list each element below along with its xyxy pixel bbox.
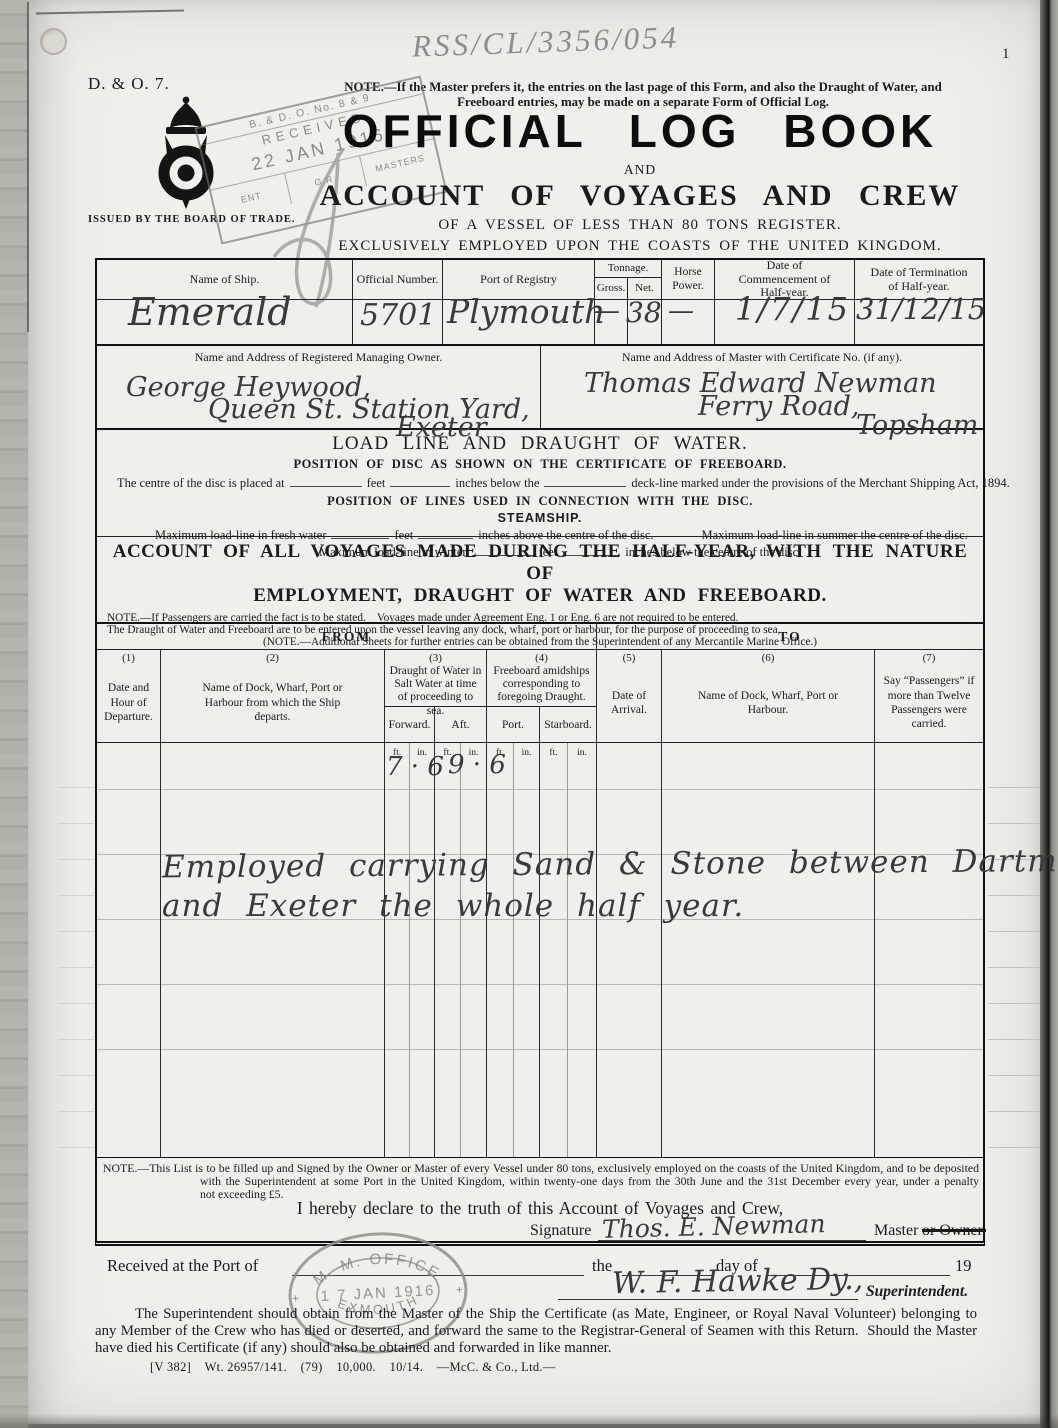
form-code: D. & O. 7. [88, 74, 170, 94]
scan-background: RSS/CL/3356/054 1 D. & O. 7. NOTE.—If th… [0, 0, 1058, 1428]
draught-aft-entry: 9 · 6 [448, 750, 506, 780]
col4-header: (4) Freeboard amidships corresponding to… [487, 650, 597, 707]
title-line4: EXCLUSIVELY EMPLOYED UPON THE COASTS OF … [200, 238, 1058, 255]
subheader-aft: Aft. [435, 707, 487, 743]
superintendent-label: Superintendent. [866, 1283, 968, 1301]
disc-text3: inches below the [455, 476, 539, 490]
col5-header: (5) Date of Arrival. [597, 650, 662, 743]
received-the-label: the [592, 1256, 612, 1276]
title-main: OFFICIAL LOG BOOK [200, 104, 1058, 158]
master-entry-line2: Ferry Road, [698, 391, 859, 422]
col4-number: (4) [487, 650, 596, 664]
col7-label: Say “Passengers” if more than Twelve Pas… [875, 674, 983, 732]
master-signature-entry: Thos. E. Newman [602, 1209, 826, 1244]
ftin-spacer [875, 743, 983, 768]
employment-note-line1: Employed carrying Sand & Stone between D… [162, 843, 1058, 886]
superintendent-note-line1: The Superintendent should obtain from th… [135, 1306, 977, 1323]
voyage-from-header: FROM [97, 624, 597, 650]
col6-number: (6) [662, 650, 874, 664]
header-official-number: Official Number. [353, 260, 443, 300]
col2-number: (2) [161, 650, 384, 664]
loadline-title: LOAD LINE AND DRAUGHT OF WATER. [97, 433, 983, 455]
loadline-sub2: POSITION OF LINES USED IN CONNECTION WIT… [97, 494, 983, 509]
signature-label: Signature [530, 1222, 591, 1240]
superintendent-note-line3: have died his Certificate (if any) shoul… [95, 1340, 612, 1357]
superintendent-note-line2: any Member of the Crew who has died or d… [95, 1323, 977, 1340]
col5-label: Date of Arrival. [597, 689, 661, 718]
voyage-to-header: TO [597, 624, 983, 650]
struck-or-owner: or Owner. [922, 1222, 986, 1240]
ship-net-entry: 38 [626, 296, 662, 329]
col2-header: (2) Name of Dock, Wharf, Port or Harbour… [161, 650, 385, 743]
received-at-port-label: Received at the Port of [107, 1256, 258, 1276]
disc-text2: feet [367, 476, 386, 490]
master-label: Master [874, 1222, 918, 1240]
corner-edge-vertical [27, 2, 29, 332]
ftin-label: in. [568, 743, 597, 768]
col7-header: (7) Say “Passengers” if more than Twelve… [875, 650, 983, 743]
loadline-disc-line: The centre of the disc is placed atfeeti… [117, 475, 983, 491]
body-cell [662, 768, 875, 1157]
hole-punch [40, 28, 67, 55]
body-cell [875, 768, 983, 1157]
body-cell [97, 768, 161, 1157]
body-cell [514, 768, 540, 1157]
disc-text1: The centre of the disc is placed at [117, 476, 285, 490]
ftin-spacer [161, 743, 385, 768]
ship-port-entry: Plymouth [447, 292, 605, 331]
ftin-spacer [662, 743, 875, 768]
title-sub: ACCOUNT OF VOYAGES AND CREW [200, 179, 1058, 213]
ftin-label: ft. [540, 743, 568, 768]
received-year-label: 19 [955, 1256, 972, 1276]
title-line3: OF A VESSEL OF LESS THAN 80 TONS REGISTE… [200, 217, 1058, 234]
ftin-label: in. [514, 743, 540, 768]
load-line-section: LOAD LINE AND DRAUGHT OF WATER. POSITION… [95, 430, 985, 537]
ftin-spacer [97, 743, 161, 768]
header-tonnage: Tonnage. [595, 260, 662, 278]
account-heading-line1: ACCOUNT OF ALL VOYAGES MADE DURING THE H… [97, 541, 983, 585]
title-block: OFFICIAL LOG BOOK AND ACCOUNT OF VOYAGES… [200, 104, 1058, 255]
page-number: 1 [1002, 46, 1010, 63]
col1-label: Date and Hour of Departure. [97, 681, 160, 724]
col1-number: (1) [97, 650, 160, 664]
draught-forward-entry: 7 · 6 [386, 752, 444, 782]
ship-gross-entry: — [594, 296, 620, 326]
ship-hp-entry: — [668, 296, 694, 326]
body-cell [540, 768, 568, 1157]
subheader-forward: Forward. [385, 707, 435, 743]
torn-left-edge [0, 0, 28, 1428]
ship-number-entry: 5701 [360, 298, 436, 333]
ship-name-entry: Emerald [128, 290, 292, 334]
body-cell [461, 768, 487, 1157]
disc-text4: deck-line marked under the provisions of… [631, 476, 1009, 490]
col3-number: (3) [385, 650, 486, 664]
ftin-spacer [597, 743, 662, 768]
margin-rules-right [988, 752, 1040, 1164]
body-cell [435, 768, 461, 1157]
account-heading-line2: EMPLOYMENT, DRAUGHT OF WATER AND FREEBOA… [97, 585, 983, 607]
body-cell [385, 768, 410, 1157]
ship-commencement-entry: 1/7/15 [735, 290, 850, 328]
col7-number: (7) [875, 650, 983, 664]
col6-header: (6) Name of Dock, Wharf, Port or Harbour… [662, 650, 875, 743]
body-cell [568, 768, 597, 1157]
body-cell [161, 768, 385, 1157]
superintendent-signature-entry: W. F. Hawke Dy., [612, 1262, 864, 1301]
header-horse-power: Horse Power. [662, 260, 715, 300]
col1-header: (1) Date and Hour of Departure. [97, 650, 161, 743]
footer-note-line2: with the Superintendent at some Port in … [200, 1174, 979, 1189]
subheader-starboard: Starboard. [540, 707, 597, 743]
col3-header: (3) Draught of Water in Salt Water at ti… [385, 650, 487, 707]
body-cell [410, 768, 435, 1157]
printer-imprint: [V 382] Wt. 26957/141. (79) 10,000. 10/1… [150, 1360, 556, 1375]
body-cell [487, 768, 514, 1157]
loadline-sub1: POSITION OF DISC AS SHOWN ON THE CERTIFI… [97, 457, 983, 472]
stamp-cross-right: + [456, 1283, 464, 1297]
col4-label: Freeboard amidships corresponding to for… [487, 665, 596, 705]
title-and: AND [200, 162, 1058, 178]
employment-note-line2: and Exeter the whole half year. [162, 888, 744, 924]
col5-number: (5) [597, 650, 661, 664]
ship-termination-entry: 31/12/15 [856, 292, 986, 326]
page-edge-bottom [0, 1414, 1058, 1428]
margin-rules-left [58, 752, 94, 1164]
body-cell [597, 768, 662, 1157]
subheader-port: Port. [487, 707, 540, 743]
voyages-heading-section: ACCOUNT OF ALL VOYAGES MADE DURING THE H… [95, 537, 985, 622]
declaration-line: I hereby declare to the truth of this Ac… [95, 1198, 985, 1219]
stamp-cross-left: + [292, 1291, 300, 1305]
col2-label: Name of Dock, Wharf, Port or Harbour fro… [161, 681, 384, 724]
col6-label: Name of Dock, Wharf, Port or Harbour. [662, 689, 874, 718]
loadline-steamship: STEAMSHIP. [97, 511, 983, 525]
